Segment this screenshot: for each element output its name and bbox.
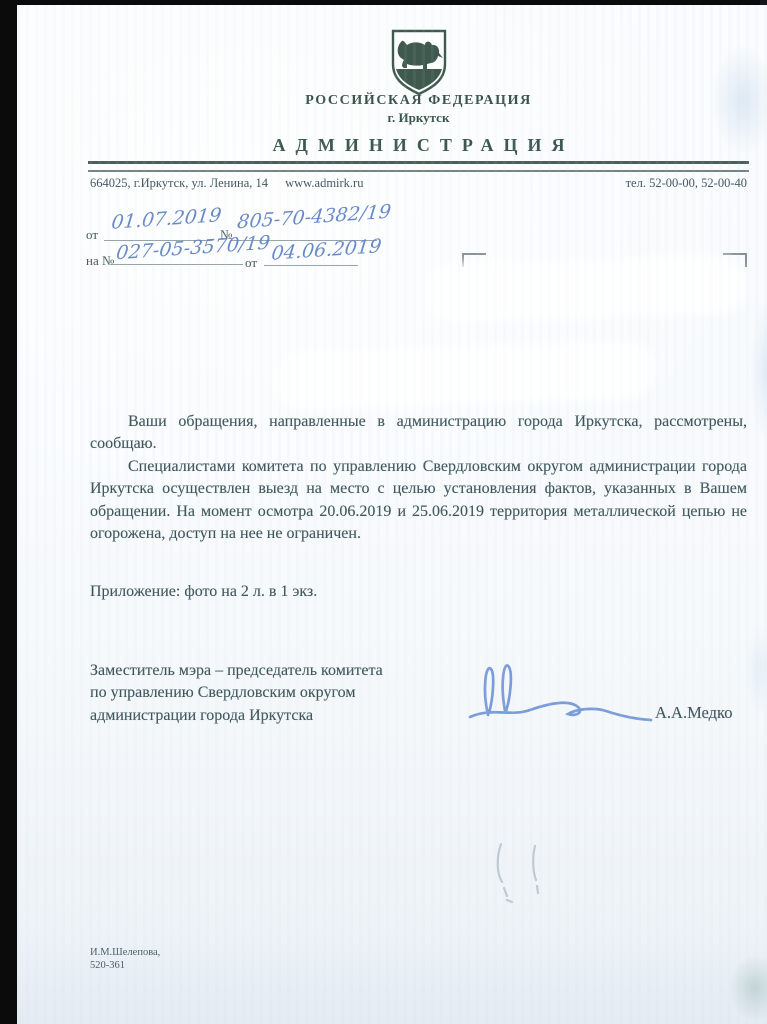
letterhead-address-block: 664025, г.Иркутск, ул. Ленина, 14 www.ad…: [90, 176, 363, 191]
handwritten-outgoing-number: 805-70-4382/19: [236, 201, 392, 234]
irkutsk-coat-of-arms-icon: [90, 28, 747, 103]
ink-stain: [745, 625, 767, 715]
letterhead-contacts-row: 664025, г.Иркутск, ул. Ленина, 14 www.ad…: [90, 176, 747, 191]
letterhead-city: г. Иркутск: [90, 110, 747, 126]
addressee-corner-mark-left: [462, 253, 486, 267]
ref-from-label: от: [86, 227, 98, 243]
signer-position-line: Заместитель мэра – председатель комитета: [90, 660, 490, 682]
attachment-line: Приложение: фото на 2 л. в 1 экз.: [90, 583, 317, 601]
letter-content: РОССИЙСКАЯ ФЕДЕРАЦИЯ г. Иркутск АДМИНИСТ…: [90, 5, 747, 1024]
signer-name: А.А.Медко: [655, 703, 732, 723]
executor-block: И.М.Шелепова, 520-361: [90, 946, 160, 972]
letterhead-org-title: АДМИНИСТРАЦИЯ: [90, 135, 747, 156]
handwritten-outgoing-date: 01.07.2019: [110, 204, 222, 234]
ref-reply-label: на №: [86, 253, 114, 269]
scan-border-left: [0, 0, 17, 1024]
executor-name: И.М.Шелепова,: [90, 946, 160, 959]
redaction-whiteout: [431, 263, 738, 315]
pen-smudge-marks: [483, 838, 563, 911]
signer-position: Заместитель мэра – председатель комитета…: [90, 660, 490, 727]
body-paragraph-1: Ваши обращения, направленные в администр…: [90, 411, 747, 456]
handwritten-signature: [458, 647, 668, 737]
letterhead-website: www.admirk.ru: [285, 176, 363, 190]
ref-underline: [112, 264, 243, 265]
letterhead-address: 664025, г.Иркутск, ул. Ленина, 14: [90, 176, 268, 190]
scanned-letter-page: РОССИЙСКАЯ ФЕДЕРАЦИЯ г. Иркутск АДМИНИСТ…: [0, 0, 767, 1024]
ink-stain: [750, 300, 767, 440]
addressee-corner-mark-right: [723, 253, 747, 267]
ref-reply-from-label: от: [245, 255, 257, 271]
signer-position-line: по управлению Свердловским округом: [90, 682, 490, 704]
letterhead-divider: [88, 161, 749, 172]
letter-paper: РОССИЙСКАЯ ФЕДЕРАЦИЯ г. Иркутск АДМИНИСТ…: [17, 5, 767, 1024]
redaction-whiteout: [281, 347, 648, 404]
signer-position-line: администрации города Иркутска: [90, 705, 490, 727]
letterhead-phone: тел. 52-00-00, 52-00-40: [626, 176, 747, 191]
letterhead-country: РОССИЙСКАЯ ФЕДЕРАЦИЯ: [90, 93, 747, 109]
body-paragraph-2: Специалистами комитета по управлению Све…: [90, 456, 747, 546]
ref-underline: [264, 265, 358, 266]
executor-phone: 520-361: [90, 959, 160, 972]
